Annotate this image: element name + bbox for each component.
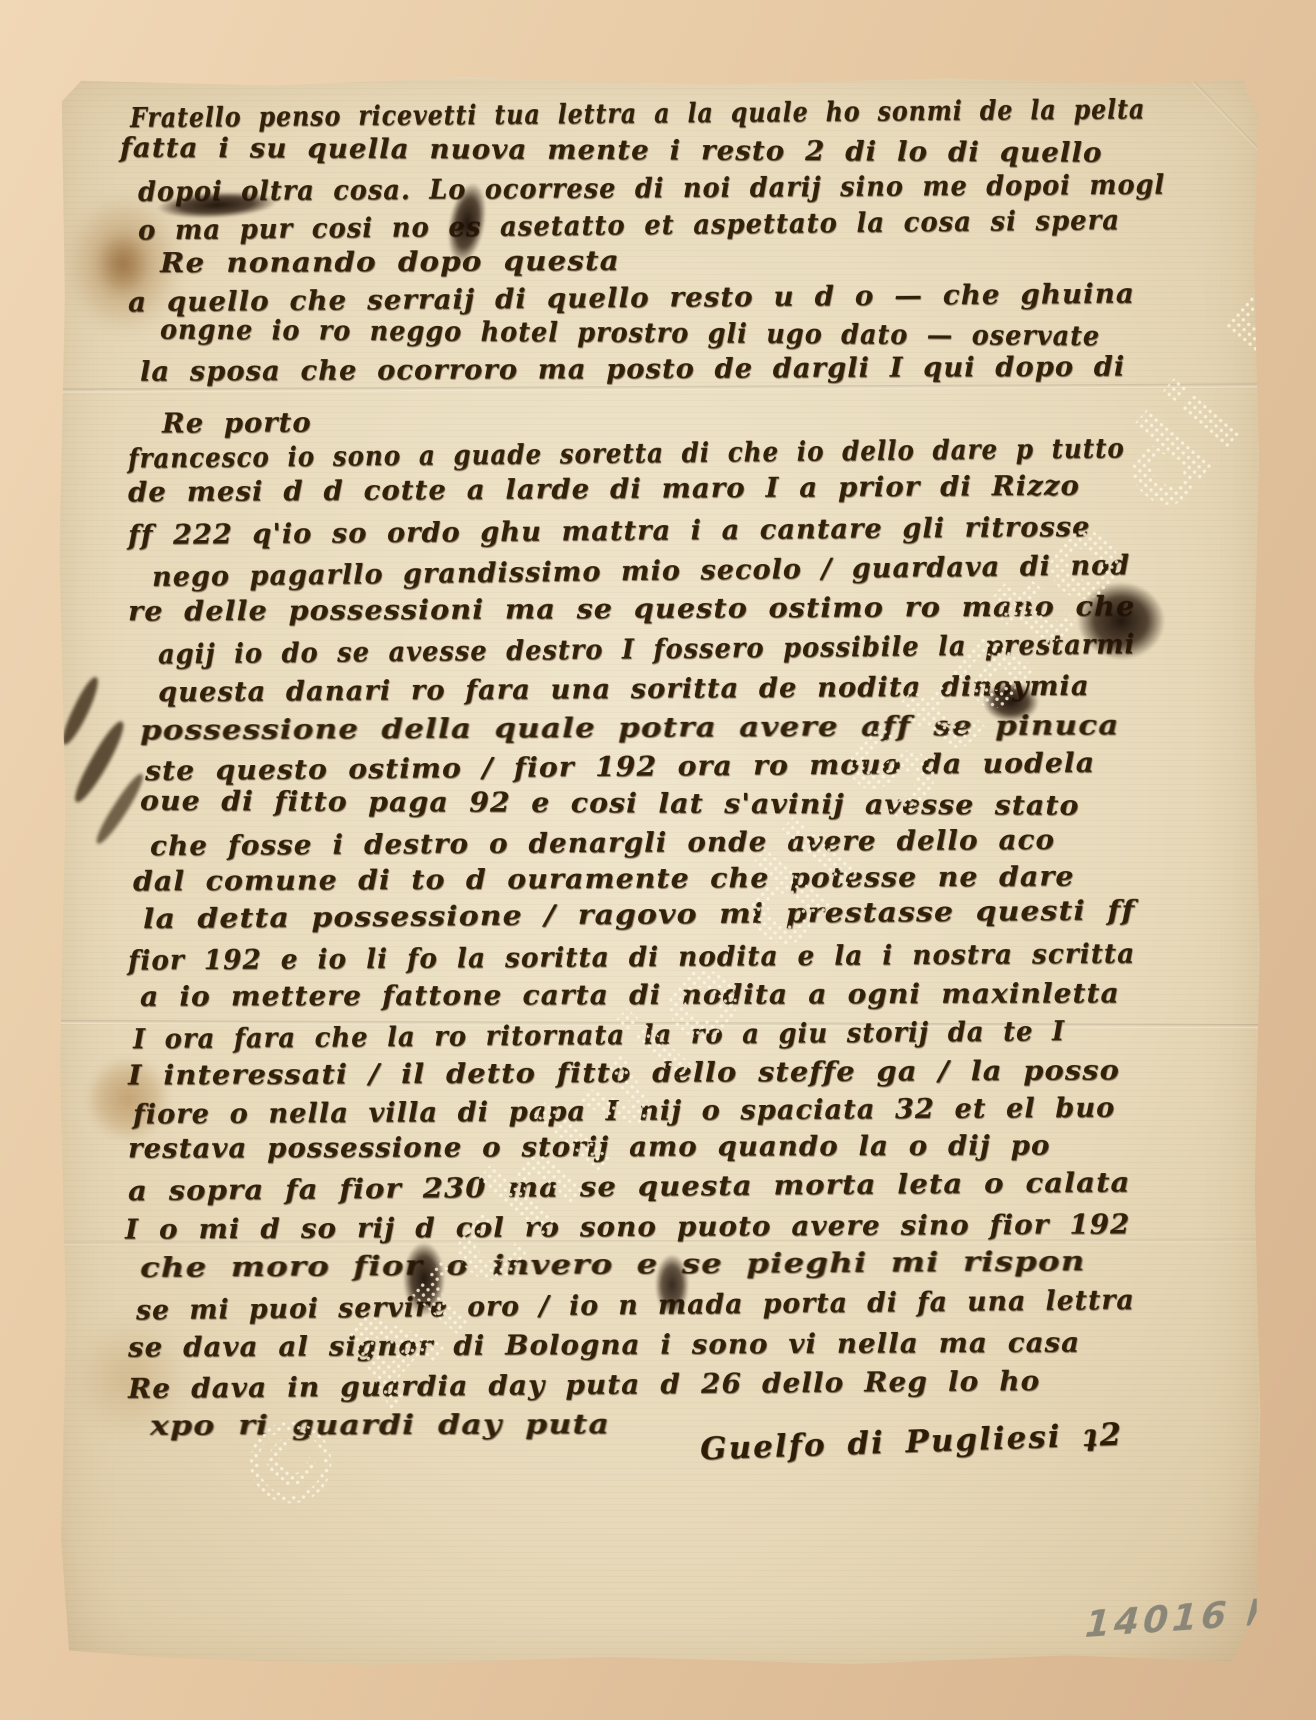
handwritten-line: I ora fara che la ro ritornata la ro a g… [133, 1016, 1105, 1055]
handwritten-line: re delle possessioni ma se questo ostimo… [128, 592, 1075, 628]
handwritten-line: a sopra fa fior 230 ma se questa morta l… [128, 1168, 1061, 1207]
handwritten-line: Re nonando dopo questa [160, 246, 583, 279]
handwritten-line: Re dava in guardia day puta d 26 dello R… [128, 1366, 1011, 1405]
handwritten-line: fiore o nella villa di papa I nij o spac… [133, 1093, 1107, 1131]
handwritten-line: la detta possessione / ragovo mi prestas… [143, 896, 1040, 935]
handwritten-line: o ma pur cosi no es asetatto et aspettat… [138, 205, 1161, 247]
handwritten-line: I interessati / il detto fitto dello ste… [128, 1056, 1055, 1092]
handwritten-line: possessione della quale potra avere aff … [140, 711, 994, 746]
handwritten-line: la sposa che ocorroro ma posto de dargli… [140, 351, 1112, 387]
handwritten-line: fatta i su quella nuova mente i resto 2 … [120, 132, 1079, 168]
handwritten-line: questa danari ro fara una soritta de nod… [158, 671, 1078, 708]
handwritten-line: francesco io sono a guade soretta di che… [128, 432, 1220, 474]
handwritten-line: che fosse i destro o denargli onde avere… [150, 825, 1029, 862]
handwritten-line: che moro fior o invero e se pieghi mi ri… [140, 1247, 929, 1284]
handwritten-line: de mesi d d cotte a larde di maro I a pr… [128, 471, 1060, 509]
handwritten-line: ste questo ostimo / fior 192 ora ro mouo… [145, 748, 1052, 787]
handwritten-line: oue di fitto paga 92 e cosi lat s'avinij… [140, 786, 1034, 822]
handwritten-line: Re porto [162, 407, 310, 439]
handwritten-line: agij io do se avesse destro I fossero po… [158, 629, 1183, 671]
handwritten-line: ff 222 q'io so ordo ghu mattra i a canta… [128, 512, 1083, 551]
handwritten-line: restava possessione o storij amo quando … [128, 1130, 1030, 1164]
handwritten-line: a quello che serraij di quello resto u d… [128, 279, 1110, 319]
handwritten-line: dopoi oltra cosa. Lo ocorrese di noi dar… [138, 169, 1218, 208]
handwritten-line: Fratello penso ricevetti tua lettra a la… [130, 93, 1262, 134]
handwritten-line: se mi puoi servire oro / io n mada porta… [136, 1285, 1145, 1327]
handwritten-line: nego pagarllo grandissimo mio secolo / g… [152, 550, 1127, 593]
handwritten-line: a io mettere fattone carta di nodita a o… [140, 978, 1084, 1012]
handwritten-line: fior 192 e io li fo la soritta di nodita… [128, 938, 1158, 976]
manuscript-page: Fratello penso ricevetti tua lettra a la… [57, 76, 1262, 1668]
handwritten-line: I o mi d so rij d col ro sono puoto aver… [125, 1209, 1103, 1245]
handwritten-line: se dava al signor di Bologna i sono vi n… [128, 1328, 1057, 1364]
handwritten-line: dal comune di to d ouramente che potesse… [133, 862, 1028, 898]
handwritten-line: xpo ri guardi day puta [150, 1409, 543, 1441]
handwritten-line: ongne io ro neggo hotel prostro gli ugo … [160, 315, 1151, 353]
